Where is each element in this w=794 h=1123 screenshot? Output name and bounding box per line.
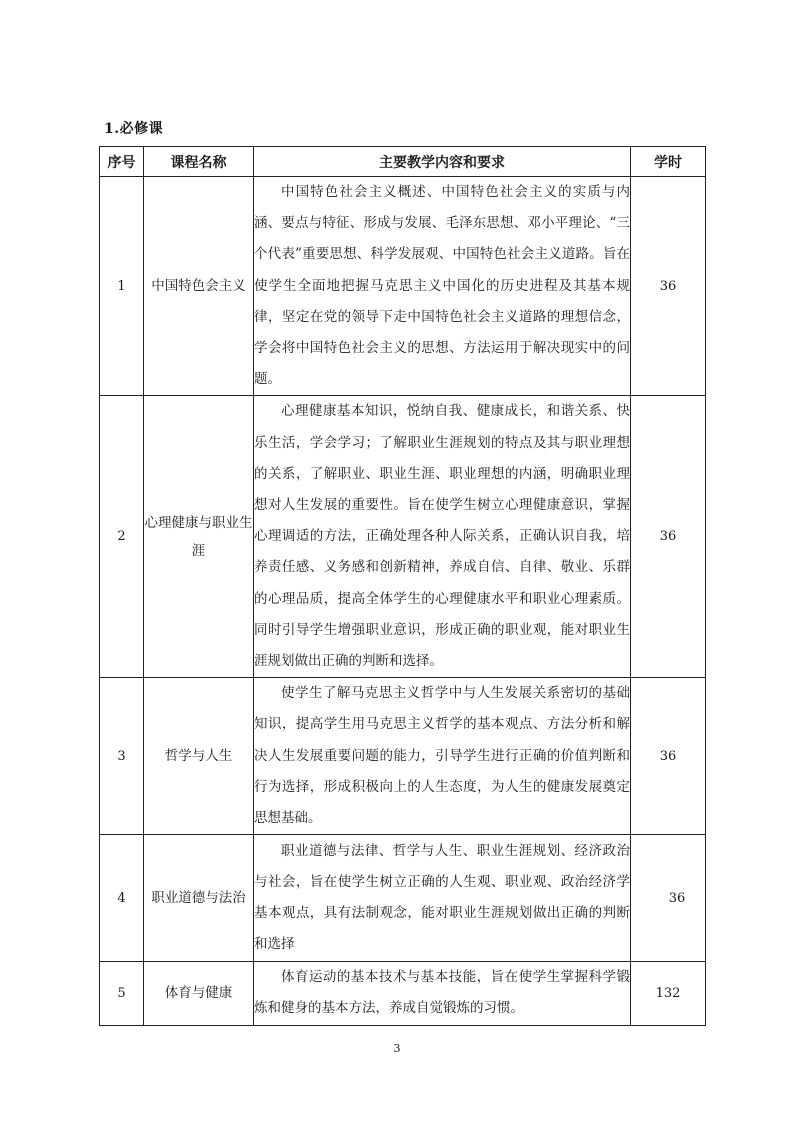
header-course-name: 课程名称 [144,147,254,177]
table-row: 2 心理健康与职业生涯 心理健康基本知识，悦纳自我、健康成长，和谐关系、快乐生活… [100,396,706,678]
course-hours: 36 [631,678,706,835]
course-name: 中国特色会主义 [144,177,254,396]
course-name: 哲学与人生 [144,678,254,835]
table-row: 5 体育与健康 体育运动的基本技术与基本技能，旨在使学生掌握科学锻炼和健身的基本… [100,962,706,1025]
course-hours: 36 [631,396,706,678]
course-content: 中国特色社会主义概述、中国特色社会主义的实质与内涵、要点与特征、形成与发展、毛泽… [254,177,631,396]
header-content: 主要教学内容和要求 [254,147,631,177]
page-number: 3 [0,1042,794,1055]
row-number: 1 [100,177,144,396]
row-number: 2 [100,396,144,678]
course-content: 使学生了解马克思主义哲学中与人生发展关系密切的基础知识，提高学生用马克思主义哲学… [254,678,631,835]
section-title: 1.必修课 [104,118,163,138]
course-hours: 132 [631,962,706,1025]
row-number: 5 [100,962,144,1025]
course-name: 职业道德与法治 [144,835,254,962]
course-content: 职业道德与法律、哲学与人生、职业生涯规划、经济政治与社会，旨在使学生树立正确的人… [254,835,631,962]
required-courses-table: 序号 课程名称 主要教学内容和要求 学时 1 中国特色会主义 中国特色社会主义概… [99,146,706,1026]
table-row: 3 哲学与人生 使学生了解马克思主义哲学中与人生发展关系密切的基础知识，提高学生… [100,678,706,835]
table-row: 4 职业道德与法治 职业道德与法律、哲学与人生、职业生涯规划、经济政治与社会，旨… [100,835,706,962]
course-content: 体育运动的基本技术与基本技能，旨在使学生掌握科学锻炼和健身的基本方法，养成自觉锻… [254,962,631,1025]
table-row: 1 中国特色会主义 中国特色社会主义概述、中国特色社会主义的实质与内涵、要点与特… [100,177,706,396]
course-hours: 36 [631,835,706,962]
row-number: 3 [100,678,144,835]
header-number: 序号 [100,147,144,177]
header-hours: 学时 [631,147,706,177]
row-number: 4 [100,835,144,962]
course-hours: 36 [631,177,706,396]
table-header-row: 序号 课程名称 主要教学内容和要求 学时 [100,147,706,177]
course-name: 体育与健康 [144,962,254,1025]
course-content: 心理健康基本知识，悦纳自我、健康成长，和谐关系、快乐生活，学会学习；了解职业生涯… [254,396,631,678]
course-name: 心理健康与职业生涯 [144,396,254,678]
